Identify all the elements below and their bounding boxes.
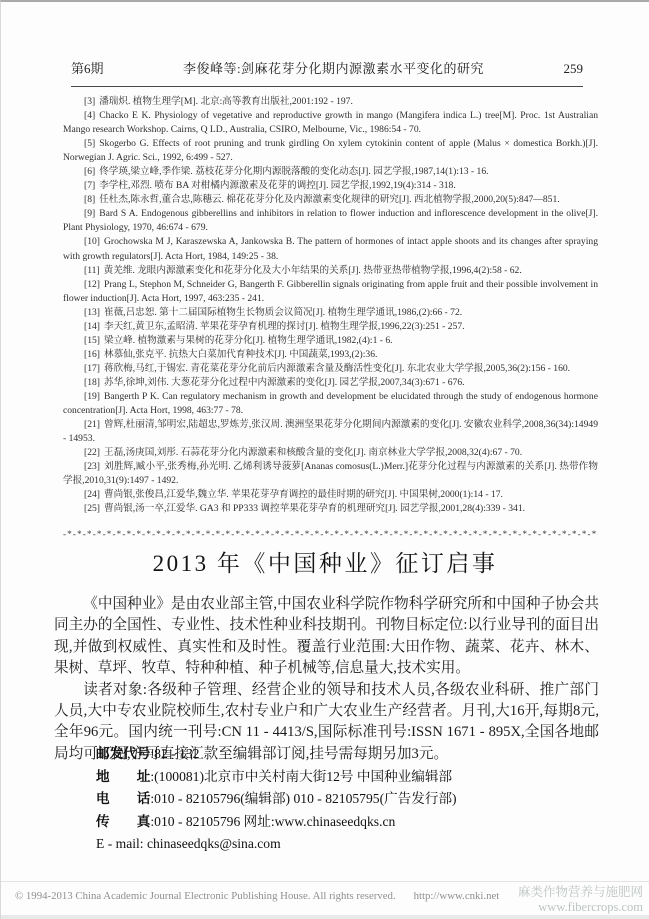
reference-item: [17]蒋欣梅,马红,于锡宏. 青花菜花芽分化前后内源激素含量及酶活性变化[J]… [63,362,598,376]
reference-item: [4]Chacko E K. Physiology of vegetative … [63,109,598,137]
reference-item: [23]刘胜辉,臧小平,张秀梅,孙光明. 乙烯利诱导菠萝[Ananas como… [63,460,598,488]
reference-marker: [17] [84,363,100,374]
reference-marker: [14] [84,321,100,332]
contact-label: 传 真 [96,814,150,829]
reference-text: Grochowska M J, Karaszewska A, Jankowska… [63,236,598,261]
reference-text: 曹尚银,汤一卒,江爱华. GA3 和 PP333 调控苹果花芽孕育的机理研究[J… [104,503,525,514]
reference-text: 崔薇,吕忠恕. 第十二届国际植物生长物质会议简况[J]. 植物生理学通讯,198… [104,307,462,318]
reference-text: 佟学瑛,梁立峰,季作梁. 荔枝花芽分化期内源脱落酸的变化动态[J]. 园艺学报,… [99,166,488,177]
reference-marker: [22] [84,447,100,458]
reference-marker: [18] [84,377,100,388]
reference-item: [15]梁立峰. 植物激素与果树的花芽分化[J]. 植物生理学通讯,1982,(… [63,334,598,348]
reference-item: [13]崔薇,吕忠恕. 第十二届国际植物生长物质会议简况[J]. 植物生理学通讯… [63,306,598,320]
reference-marker: [4] [84,110,95,121]
reference-item: [7]李学柱,邓烈. 喷布 BA 对柑橘内源激素及花芽的调控[J]. 园艺学报,… [63,179,598,193]
running-title: 李俊峰等:剑麻花芽分化期内源激素水平变化的研究 [104,58,564,77]
copyright-text: © 1994-2013 China Academic Journal Elect… [15,890,396,902]
reference-list: [3]潘瑞炽. 植物生理学[M]. 北京:高等教育出版社,2001:192 - … [63,95,598,516]
reference-item: [21]曾辉,杜丽清,邹明宏,陆超忠,罗炼芳,张汉周. 澳洲坚果花芽分化期间内源… [63,418,598,446]
star-divider: -*-*-*-*-*-*-*-*-*-*-*-*-*-*-*-*-*-*-*-*… [63,528,598,540]
reference-marker: [13] [84,307,100,318]
watermark: 麻类作物营养与施肥网 www.fibercrops.com [518,885,643,915]
reference-marker: [25] [84,503,100,514]
issue-number: 第6期 [71,58,104,77]
reference-text: 林慕仙,张克平. 抗热大白菜加代育种技术[J]. 中国蔬菜,1993,(2):3… [104,349,377,360]
reference-item: [8]任杜杰,陈永哲,董合忠,陈穗云. 棉花花芽分化及内源激素变化规律的研究[J… [63,193,598,207]
reference-text: 李学柱,邓烈. 喷布 BA 对柑橘内源激素及花芽的调控[J]. 园艺学报,199… [99,180,456,191]
reference-text: 王磊,汤庚国,刘彤. 石蒜花芽分化内源激素和核酸含量的变化[J]. 南京林业大学… [104,447,522,458]
reference-item: [5]Skogerbo G. Effects of root pruning a… [63,137,598,165]
reference-item: [11]黄羌维. 龙眼内源激素变化和花芽分化及大小年结果的关系[J]. 热带亚热… [63,264,598,278]
watermark-site-name: 麻类作物营养与施肥网 [518,885,643,900]
reference-text: 刘胜辉,臧小平,张秀梅,孙光明. 乙烯利诱导菠萝[Ananas comosus(… [63,461,598,486]
contact-label: 电 话 [96,791,150,806]
contact-value: :010 - 82105796(编辑部) 010 - 82105795(广告发行… [150,791,456,806]
reference-item: [3]潘瑞炽. 植物生理学[M]. 北京:高等教育出版社,2001:192 - … [63,95,598,109]
reference-marker: [21] [84,419,100,430]
reference-item: [9]Bard S A. Endogenous gibberellins and… [63,207,598,235]
reference-text: 潘瑞炽. 植物生理学[M]. 北京:高等教育出版社,2001:192 - 197… [99,96,353,107]
notice-paragraph: 《中国种业》是由农业部主管,中国农业科学院作物科学研究所和中国种子协会共同主办的… [54,594,599,680]
reference-text: 梁立峰. 植物激素与果树的花芽分化[J]. 植物生理学通讯,1982,(4):1… [104,335,393,346]
notice-title: 2013 年《中国种业》征订启事 [1,545,649,578]
contact-row: 地 址:(100081)北京市中关村南大街12号 中国种业编辑部 [96,766,576,789]
reference-item: [14]李天红,黄卫东,孟昭清. 苹果花芽孕育机理的探讨[J]. 植物生理学报,… [63,320,598,334]
page-header: 第6期 李俊峰等:剑麻花芽分化期内源激素水平变化的研究 259 [71,58,583,77]
reference-text: Skogerbo G. Effects of root pruning and … [63,138,598,163]
reference-marker: [12] [84,279,100,290]
reference-marker: [8] [84,194,95,205]
reference-item: [16]林慕仙,张克平. 抗热大白菜加代育种技术[J]. 中国蔬菜,1993,(… [63,348,598,362]
reference-text: 蒋欣梅,马红,于锡宏. 青花菜花芽分化前后内源激素含量及酶活性变化[J]. 东北… [104,363,570,374]
reference-marker: [5] [84,138,95,149]
reference-item: [18]苏华,徐坤,刘伟. 大葱花芽分化过程中内源激素的变化[J]. 园艺学报,… [63,376,598,390]
contact-label: 邮发代号 [96,746,150,761]
watermark-site-url: www.fibercrops.com [518,900,643,915]
reference-text: Bard S A. Endogenous gibberellins and in… [63,208,598,233]
contact-row: 传 真:010 - 82105796 网址:www.chinaseedqks.c… [96,811,576,834]
email-line: E - mail: chinaseedqks@sina.com [96,833,576,856]
reference-text: Chacko E K. Physiology of vegetative and… [63,110,598,135]
contact-value: :010 - 82105796 网址:www.chinaseedqks.cn [150,814,395,829]
contact-value: :82 - 132 [150,746,199,761]
reference-marker: [24] [84,489,100,500]
contact-row: 电 话:010 - 82105796(编辑部) 010 - 82105795(广… [96,788,576,811]
contact-value: :(100081)北京市中关村南大街12号 中国种业编辑部 [150,769,452,784]
page-number: 259 [564,61,584,77]
reference-marker: [23] [84,461,100,472]
reference-text: 李天红,黄卫东,孟昭清. 苹果花芽孕育机理的探讨[J]. 植物生理学报,1996… [104,321,465,332]
contact-label: 地 址 [96,769,150,784]
notice-body: 《中国种业》是由农业部主管,中国农业科学院作物科学研究所和中国种子协会共同主办的… [54,594,599,765]
reference-item: [24]曹尚银,张俊昌,江爱华,魏立华. 苹果花芽孕育调控的最佳时期的研究[J]… [63,488,598,502]
contact-rows: 邮发代号:82 - 132地 址:(100081)北京市中关村南大街12号 中国… [96,743,576,833]
reference-marker: [9] [84,208,95,219]
reference-item: [12]Prang L, Stephon M, Schneider G, Ban… [63,278,598,306]
reference-text: 曾辉,杜丽清,邹明宏,陆超忠,罗炼芳,张汉周. 澳洲坚果花芽分化期间内源激素的变… [63,419,598,444]
reference-marker: [16] [84,349,100,360]
reference-item: [25]曹尚银,汤一卒,江爱华. GA3 和 PP333 调控苹果花芽孕育的机理… [63,502,598,516]
reference-item: [22]王磊,汤庚国,刘彤. 石蒜花芽分化内源激素和核酸含量的变化[J]. 南京… [63,446,598,460]
reference-item: [10]Grochowska M J, Karaszewska A, Janko… [63,235,598,263]
footer-rule [1,881,649,882]
reference-text: 苏华,徐坤,刘伟. 大葱花芽分化过程中内源激素的变化[J]. 园艺学报,2007… [104,377,465,388]
reference-marker: [10] [84,236,100,247]
reference-text: Prang L, Stephon M, Schneider G, Bangert… [63,279,598,304]
scan-edge [1,915,649,919]
reference-text: 任杜杰,陈永哲,董合忠,陈穗云. 棉花花芽分化及内源激素变化规律的研究[J]. … [99,194,560,205]
reference-marker: [6] [84,166,95,177]
cnki-url: http://www.cnki.net [414,890,500,902]
header-rule [71,86,583,87]
reference-marker: [11] [84,265,100,276]
reference-item: [19]Bangerth P K. Can regulatory mechani… [63,390,598,418]
contact-row: 邮发代号:82 - 132 [96,743,576,766]
reference-text: 黄羌维. 龙眼内源激素变化和花芽分化及大小年结果的关系[J]. 热带亚热带植物学… [104,265,522,276]
reference-marker: [7] [84,180,95,191]
reference-marker: [15] [84,335,100,346]
reference-marker: [19] [84,391,100,402]
reference-item: [6]佟学瑛,梁立峰,季作梁. 荔枝花芽分化期内源脱落酸的变化动态[J]. 园艺… [63,165,598,179]
reference-marker: [3] [84,96,95,107]
reference-text: 曹尚银,张俊昌,江爱华,魏立华. 苹果花芽孕育调控的最佳时期的研究[J]. 中国… [104,489,503,500]
contact-block: 邮发代号:82 - 132地 址:(100081)北京市中关村南大街12号 中国… [96,743,576,856]
reference-text: Bangerth P K. Can regulatory mechanism i… [63,391,598,416]
journal-page: 第6期 李俊峰等:剑麻花芽分化期内源激素水平变化的研究 259 [3]潘瑞炽. … [0,0,649,919]
